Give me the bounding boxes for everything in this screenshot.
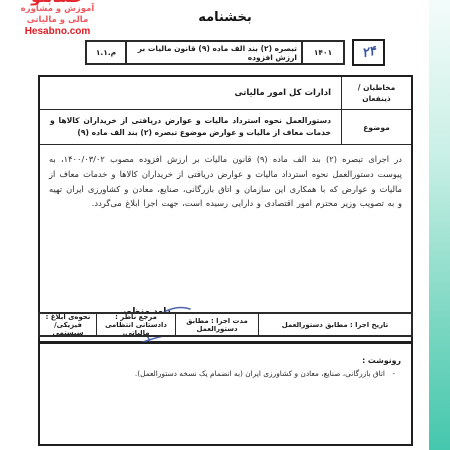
main-info-table: مخاطبان / ذینفعان ادارات کل امور مالیاتی… <box>38 75 413 343</box>
recipients-row: مخاطبان / ذینفعان ادارات کل امور مالیاتی <box>40 77 411 110</box>
brand-site-url: Hesabno.com <box>10 26 105 37</box>
recipients-label: مخاطبان / ذینفعان <box>341 77 411 109</box>
subject-value: دستورالعمل نحوه استرداد مالیات و عوارض د… <box>40 110 341 144</box>
cc-label: رونوشت : <box>50 356 401 365</box>
cc-box: رونوشت : اتاق بازرگانی، صنایع، معادن و ک… <box>38 342 413 446</box>
exec-duration-cell: مدت اجرا : مطابق دستورالعمل <box>175 314 258 335</box>
delivery-method-cell: نحوه‌ی ابلاغ : فیزیکی/سیستمی <box>40 314 96 335</box>
body-paragraph: در اجرای تبصره (۲) بند الف ماده (۹) قانو… <box>49 152 402 211</box>
handwritten-mark-box: ۲۴ <box>352 39 385 66</box>
teal-gradient-band <box>429 0 450 450</box>
scanned-circular-page: حسابنو آموزش و مشاوره مالی و مالیاتی Hes… <box>0 0 450 450</box>
cc-item: اتاق بازرگانی، صنایع، معادن و کشاورزی ای… <box>50 369 401 378</box>
ref-subject-cell: تبصره (۲) بند الف ماده (۹) قانون مالیات … <box>125 42 301 63</box>
footer-strip: تاریخ اجرا : مطابق دستورالعمل مدت اجرا :… <box>38 312 413 337</box>
page-title: بخشنامه <box>0 10 450 25</box>
recipients-value: ادارات کل امور مالیاتی <box>40 77 341 109</box>
subject-row: موضوع دستورالعمل نحوه استرداد مالیات و ع… <box>40 110 411 145</box>
reference-strip: ۱۴۰۱ تبصره (۲) بند الف ماده (۹) قانون ما… <box>85 40 345 65</box>
supervisor-cell: مرجع ناظر : دادستانی انتظامی مالیاتی. <box>96 314 175 335</box>
exec-date-cell: تاریخ اجرا : مطابق دستورالعمل <box>258 314 411 335</box>
ref-code-cell: م.۱.۱ <box>87 42 125 63</box>
ref-year-cell: ۱۴۰۱ <box>301 42 343 63</box>
handwritten-mark: ۲۴ <box>360 44 377 62</box>
subject-label: موضوع <box>341 110 411 144</box>
